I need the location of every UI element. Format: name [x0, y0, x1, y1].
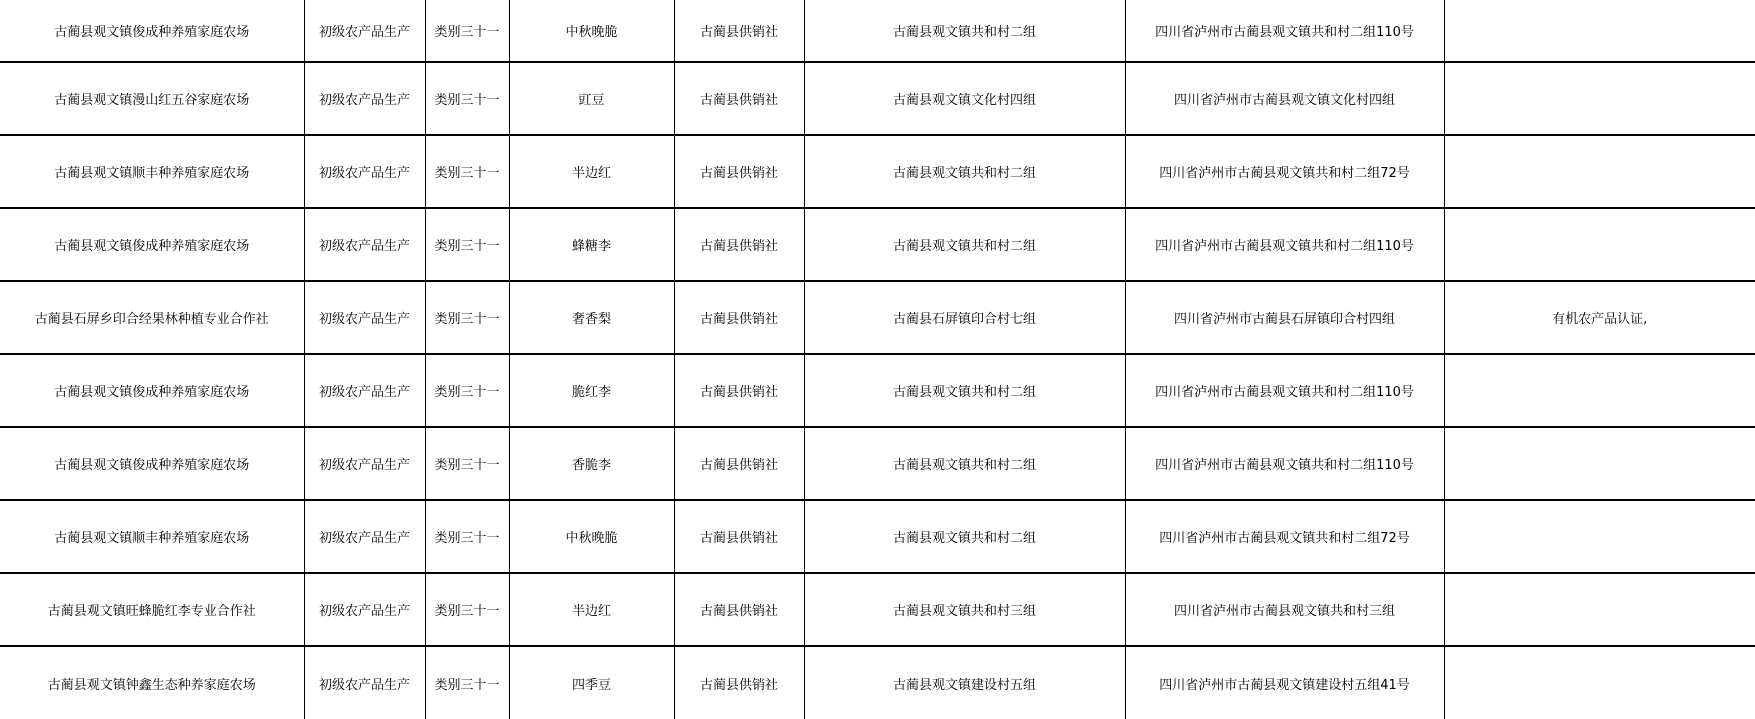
table-row: 古蔺县石屏乡印合经果林种植专业合作社初级农产品生产类别三十一奢香梨古蔺县供销社古… [0, 281, 1755, 354]
cell-production-location: 古蔺县观文镇共和村二组 [804, 427, 1125, 500]
cell-certification [1444, 62, 1755, 135]
cell-producer-name: 古蔺县观文镇俊成种养殖家庭农场 [0, 427, 304, 500]
cell-business-type: 初级农产品生产 [304, 62, 425, 135]
cell-address: 四川省泸州市古蔺县石屏镇印合村四组 [1125, 281, 1444, 354]
cell-address: 四川省泸州市古蔺县观文镇共和村二组110号 [1125, 427, 1444, 500]
cell-business-type: 初级农产品生产 [304, 208, 425, 281]
cell-product-name: 半边红 [509, 135, 674, 208]
cell-business-type: 初级农产品生产 [304, 500, 425, 573]
table-row: 古蔺县观文镇旺蜂脆红李专业合作社初级农产品生产类别三十一半边红古蔺县供销社古蔺县… [0, 573, 1755, 646]
cell-address: 四川省泸州市古蔺县观文镇共和村二组110号 [1125, 0, 1444, 62]
cell-certification: 有机农产品认证, [1444, 281, 1755, 354]
cell-address: 四川省泸州市古蔺县观文镇建设村五组41号 [1125, 646, 1444, 719]
cell-product-name: 中秋晚脆 [509, 0, 674, 62]
cell-product-name: 四季豆 [509, 646, 674, 719]
cell-product-name: 脆红李 [509, 354, 674, 427]
cell-production-location: 古蔺县观文镇建设村五组 [804, 646, 1125, 719]
cell-certification [1444, 646, 1755, 719]
table-row: 古蔺县观文镇俊成种养殖家庭农场初级农产品生产类别三十一香脆李古蔺县供销社古蔺县观… [0, 427, 1755, 500]
cell-product-name: 奢香梨 [509, 281, 674, 354]
cell-address: 四川省泸州市古蔺县观文镇共和村三组 [1125, 573, 1444, 646]
cell-business-type: 初级农产品生产 [304, 427, 425, 500]
cell-category: 类别三十一 [425, 573, 509, 646]
cell-production-location: 古蔺县观文镇共和村二组 [804, 0, 1125, 62]
cell-producer-name: 古蔺县石屏乡印合经果林种植专业合作社 [0, 281, 304, 354]
cell-category: 类别三十一 [425, 281, 509, 354]
cell-producer-name: 古蔺县观文镇俊成种养殖家庭农场 [0, 208, 304, 281]
cell-business-type: 初级农产品生产 [304, 354, 425, 427]
cell-product-name: 蜂糖李 [509, 208, 674, 281]
cell-producer-name: 古蔺县观文镇漫山红五谷家庭农场 [0, 62, 304, 135]
cell-producer-name: 古蔺县观文镇俊成种养殖家庭农场 [0, 0, 304, 62]
cell-business-type: 初级农产品生产 [304, 135, 425, 208]
cell-category: 类别三十一 [425, 354, 509, 427]
cell-organization: 古蔺县供销社 [674, 135, 804, 208]
table-viewport: 古蔺县观文镇俊成种养殖家庭农场初级农产品生产类别三十一中秋晚脆古蔺县供销社古蔺县… [0, 0, 1755, 719]
cell-organization: 古蔺县供销社 [674, 62, 804, 135]
table-row: 古蔺县观文镇顺丰种养殖家庭农场初级农产品生产类别三十一半边红古蔺县供销社古蔺县观… [0, 135, 1755, 208]
cell-business-type: 初级农产品生产 [304, 281, 425, 354]
cell-product-name: 豇豆 [509, 62, 674, 135]
table-row: 古蔺县观文镇俊成种养殖家庭农场初级农产品生产类别三十一中秋晚脆古蔺县供销社古蔺县… [0, 0, 1755, 62]
cell-category: 类别三十一 [425, 0, 509, 62]
cell-business-type: 初级农产品生产 [304, 0, 425, 62]
cell-business-type: 初级农产品生产 [304, 573, 425, 646]
cell-product-name: 香脆李 [509, 427, 674, 500]
cell-address: 四川省泸州市古蔺县观文镇共和村二组72号 [1125, 500, 1444, 573]
cell-organization: 古蔺县供销社 [674, 427, 804, 500]
cell-organization: 古蔺县供销社 [674, 500, 804, 573]
cell-producer-name: 古蔺县观文镇顺丰种养殖家庭农场 [0, 135, 304, 208]
cell-product-name: 中秋晚脆 [509, 500, 674, 573]
table-row: 古蔺县观文镇俊成种养殖家庭农场初级农产品生产类别三十一蜂糖李古蔺县供销社古蔺县观… [0, 208, 1755, 281]
cell-business-type: 初级农产品生产 [304, 646, 425, 719]
cell-production-location: 古蔺县观文镇共和村二组 [804, 135, 1125, 208]
cell-production-location: 古蔺县观文镇文化村四组 [804, 62, 1125, 135]
table-row: 古蔺县观文镇俊成种养殖家庭农场初级农产品生产类别三十一脆红李古蔺县供销社古蔺县观… [0, 354, 1755, 427]
cell-production-location: 古蔺县观文镇共和村二组 [804, 500, 1125, 573]
cell-certification [1444, 135, 1755, 208]
cell-category: 类别三十一 [425, 427, 509, 500]
cell-address: 四川省泸州市古蔺县观文镇共和村二组110号 [1125, 208, 1444, 281]
cell-category: 类别三十一 [425, 208, 509, 281]
cell-production-location: 古蔺县观文镇共和村二组 [804, 208, 1125, 281]
cell-certification [1444, 573, 1755, 646]
cell-certification [1444, 354, 1755, 427]
cell-certification [1444, 208, 1755, 281]
cell-certification [1444, 427, 1755, 500]
cell-organization: 古蔺县供销社 [674, 646, 804, 719]
cell-category: 类别三十一 [425, 135, 509, 208]
cell-category: 类别三十一 [425, 500, 509, 573]
table-row: 古蔺县观文镇漫山红五谷家庭农场初级农产品生产类别三十一豇豆古蔺县供销社古蔺县观文… [0, 62, 1755, 135]
cell-organization: 古蔺县供销社 [674, 354, 804, 427]
cell-category: 类别三十一 [425, 646, 509, 719]
cell-producer-name: 古蔺县观文镇顺丰种养殖家庭农场 [0, 500, 304, 573]
cell-product-name: 半边红 [509, 573, 674, 646]
table-row: 古蔺县观文镇钟鑫生态种养家庭农场初级农产品生产类别三十一四季豆古蔺县供销社古蔺县… [0, 646, 1755, 719]
cell-producer-name: 古蔺县观文镇钟鑫生态种养家庭农场 [0, 646, 304, 719]
cell-address: 四川省泸州市古蔺县观文镇共和村二组110号 [1125, 354, 1444, 427]
cell-address: 四川省泸州市古蔺县观文镇共和村二组72号 [1125, 135, 1444, 208]
cell-organization: 古蔺县供销社 [674, 0, 804, 62]
cell-production-location: 古蔺县观文镇共和村二组 [804, 354, 1125, 427]
cell-certification [1444, 0, 1755, 62]
producers-table: 古蔺县观文镇俊成种养殖家庭农场初级农产品生产类别三十一中秋晚脆古蔺县供销社古蔺县… [0, 0, 1755, 719]
cell-organization: 古蔺县供销社 [674, 281, 804, 354]
cell-address: 四川省泸州市古蔺县观文镇文化村四组 [1125, 62, 1444, 135]
table-row: 古蔺县观文镇顺丰种养殖家庭农场初级农产品生产类别三十一中秋晚脆古蔺县供销社古蔺县… [0, 500, 1755, 573]
cell-producer-name: 古蔺县观文镇俊成种养殖家庭农场 [0, 354, 304, 427]
cell-producer-name: 古蔺县观文镇旺蜂脆红李专业合作社 [0, 573, 304, 646]
cell-organization: 古蔺县供销社 [674, 208, 804, 281]
cell-organization: 古蔺县供销社 [674, 573, 804, 646]
cell-production-location: 古蔺县观文镇共和村三组 [804, 573, 1125, 646]
cell-certification [1444, 500, 1755, 573]
cell-category: 类别三十一 [425, 62, 509, 135]
cell-production-location: 古蔺县石屏镇印合村七组 [804, 281, 1125, 354]
